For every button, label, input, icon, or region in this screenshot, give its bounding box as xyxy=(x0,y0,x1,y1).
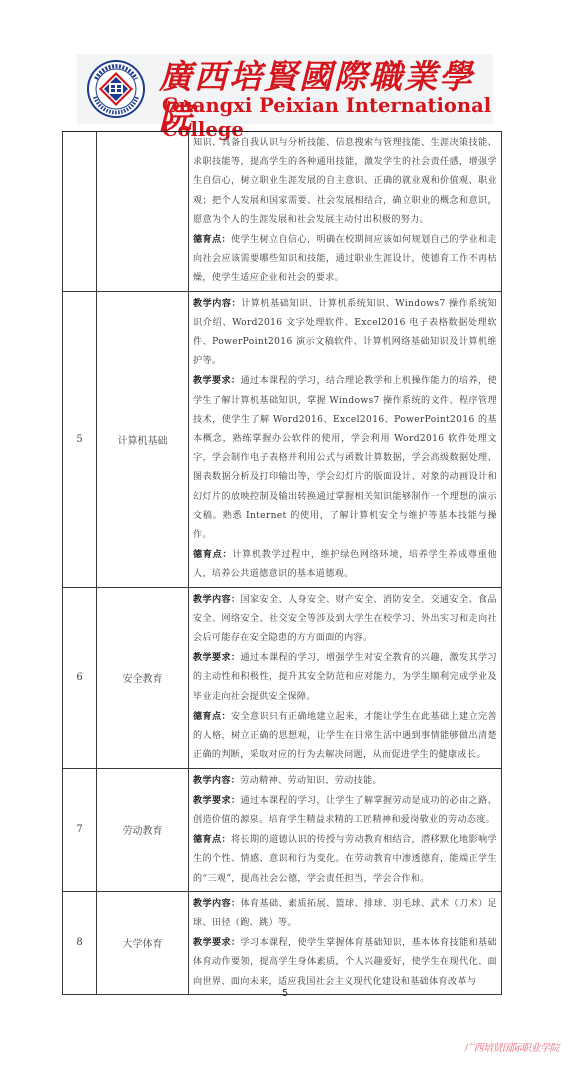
course-table-body: 知识、具备自我认识与分析技能、信息搜索与管理技能、生涯决策技能、求职技能等，提高… xyxy=(63,132,502,995)
description-paragraph: 教学内容：国家安全、人身安全、财产安全、消防安全、交通安全、食品安全、网络安全、… xyxy=(193,590,497,649)
description-paragraph: 德育点：安全意识只有正确地建立起来，才能让学生在此基础上建立完善的人格，树立正确… xyxy=(193,707,497,766)
course-description: 知识、具备自我认识与分析技能、信息搜索与管理技能、生涯决策技能、求职技能等，提高… xyxy=(189,132,502,292)
table-row: 8大学体育教学内容：体育基础、素质拓展、篮球、排球、羽毛球、武术（刀术）足球、田… xyxy=(63,891,502,994)
description-paragraph: 德育点：使学生树立自信心，明确在校期间应该如何规划自己的学业和走向社会应该需要哪… xyxy=(193,230,497,289)
description-paragraph: 教学内容：计算机基础知识、计算机系统知识、Windows7 操作系统知识介绍、W… xyxy=(193,294,497,372)
course-description: 教学内容：计算机基础知识、计算机系统知识、Windows7 操作系统知识介绍、W… xyxy=(189,291,502,587)
course-description: 教学内容：国家安全、人身安全、财产安全、消防安全、交通安全、食品安全、网络安全、… xyxy=(189,587,502,768)
paragraph-label: 教学内容： xyxy=(193,775,240,786)
paragraph-label: 教学内容： xyxy=(193,594,241,605)
paragraph-label: 德育点： xyxy=(193,549,232,560)
paragraph-label: 教学要求： xyxy=(193,795,241,806)
paragraph-label: 教学内容： xyxy=(193,898,241,909)
paragraph-text: 劳动精神、劳动知识、劳动技能。 xyxy=(240,776,382,786)
paragraph-label: 德育点： xyxy=(193,834,231,845)
description-paragraph: 教学内容：劳动精神、劳动知识、劳动技能。 xyxy=(193,771,497,791)
course-description: 教学内容：劳动精神、劳动知识、劳动技能。教学要求：通过本课程的学习，让学生了解掌… xyxy=(189,768,502,891)
paragraph-label: 教学要求： xyxy=(193,652,241,663)
description-paragraph: 德育点：将长期的道德认识的传授与劳动教育相结合，潜移默化地影响学生的个性、情感、… xyxy=(193,830,497,889)
paragraph-text: 计算机教学过程中，维护绿色网络环境，培养学生养成尊重他人，培养公共道德意识的基本… xyxy=(193,550,497,579)
paragraph-text: 通过本课程的学习，结合理论教学和上机操作能力的培养，使学生了解计算机基础知识，掌… xyxy=(193,376,497,540)
paragraph-label: 德育点： xyxy=(193,711,231,722)
college-emblem-icon xyxy=(86,59,146,119)
college-header-banner: 廣西培賢國際職業學院 Guangxi Peixian International… xyxy=(77,54,493,124)
course-number: 6 xyxy=(63,587,97,768)
paragraph-label: 教学内容： xyxy=(193,298,241,309)
course-name xyxy=(97,132,189,292)
course-name: 计算机基础 xyxy=(97,291,189,587)
table-row: 5计算机基础教学内容：计算机基础知识、计算机系统知识、Windows7 操作系统… xyxy=(63,291,502,587)
course-name: 安全教育 xyxy=(97,587,189,768)
course-description: 教学内容：体育基础、素质拓展、篮球、排球、羽毛球、武术（刀术）足球、田径（跑、跳… xyxy=(189,891,502,994)
paragraph-text: 将长期的道德认识的传授与劳动教育相结合，潜移默化地影响学生的个性、情感、意识和行… xyxy=(193,835,497,883)
paragraph-label: 德育点： xyxy=(193,234,231,245)
course-name: 大学体育 xyxy=(97,891,189,994)
paragraph-text: 知识、具备自我认识与分析技能、信息搜索与管理技能、生涯决策技能、求职技能等，提高… xyxy=(193,138,497,225)
course-table: 知识、具备自我认识与分析技能、信息搜索与管理技能、生涯决策技能、求职技能等，提高… xyxy=(62,131,502,995)
description-paragraph: 教学要求：通过本课程的学习，让学生了解掌握劳动是成功的必由之路、创造价值的源泉。… xyxy=(193,791,497,830)
description-paragraph: 教学要求：通过本课程的学习，增强学生对安全教育的兴趣，激发其学习的主动性和积极性… xyxy=(193,648,497,707)
page-number: 5 xyxy=(0,988,570,999)
description-paragraph: 教学要求：通过本课程的学习，结合理论教学和上机操作能力的培养，使学生了解计算机基… xyxy=(193,371,497,545)
description-paragraph: 德育点：计算机教学过程中，维护绿色网络环境，培养学生养成尊重他人，培养公共道德意… xyxy=(193,545,497,584)
course-number: 7 xyxy=(63,768,97,891)
paragraph-text: 使学生树立自信心，明确在校期间应该如何规划自己的学业和走向社会应该需要哪些知识和… xyxy=(193,235,497,283)
description-paragraph: 教学要求：学习本课程，使学生掌握体育基础知识，基本体育技能和基础体育动作要领，提… xyxy=(193,933,497,992)
description-paragraph: 教学内容：体育基础、素质拓展、篮球、排球、羽毛球、武术（刀术）足球、田径（跑、跳… xyxy=(193,894,497,933)
table-row: 6安全教育教学内容：国家安全、人身安全、财产安全、消防安全、交通安全、食品安全、… xyxy=(63,587,502,768)
table-row: 7劳动教育教学内容：劳动精神、劳动知识、劳动技能。教学要求：通过本课程的学习，让… xyxy=(63,768,502,891)
paragraph-label: 教学要求： xyxy=(193,937,241,948)
description-paragraph: 知识、具备自我认识与分析技能、信息搜索与管理技能、生涯决策技能、求职技能等，提高… xyxy=(193,134,497,230)
paragraph-label: 教学要求： xyxy=(193,375,241,386)
paragraph-text: 安全意识只有正确地建立起来，才能让学生在此基础上建立完善的人格，树立正确的思想观… xyxy=(193,712,497,760)
course-name: 劳动教育 xyxy=(97,768,189,891)
footer-watermark: 广西培贤国际职业学院 xyxy=(464,1039,559,1054)
course-number: 5 xyxy=(63,291,97,587)
table-row: 知识、具备自我认识与分析技能、信息搜索与管理技能、生涯决策技能、求职技能等，提高… xyxy=(63,132,502,292)
course-number xyxy=(63,132,97,292)
course-number: 8 xyxy=(63,891,97,994)
